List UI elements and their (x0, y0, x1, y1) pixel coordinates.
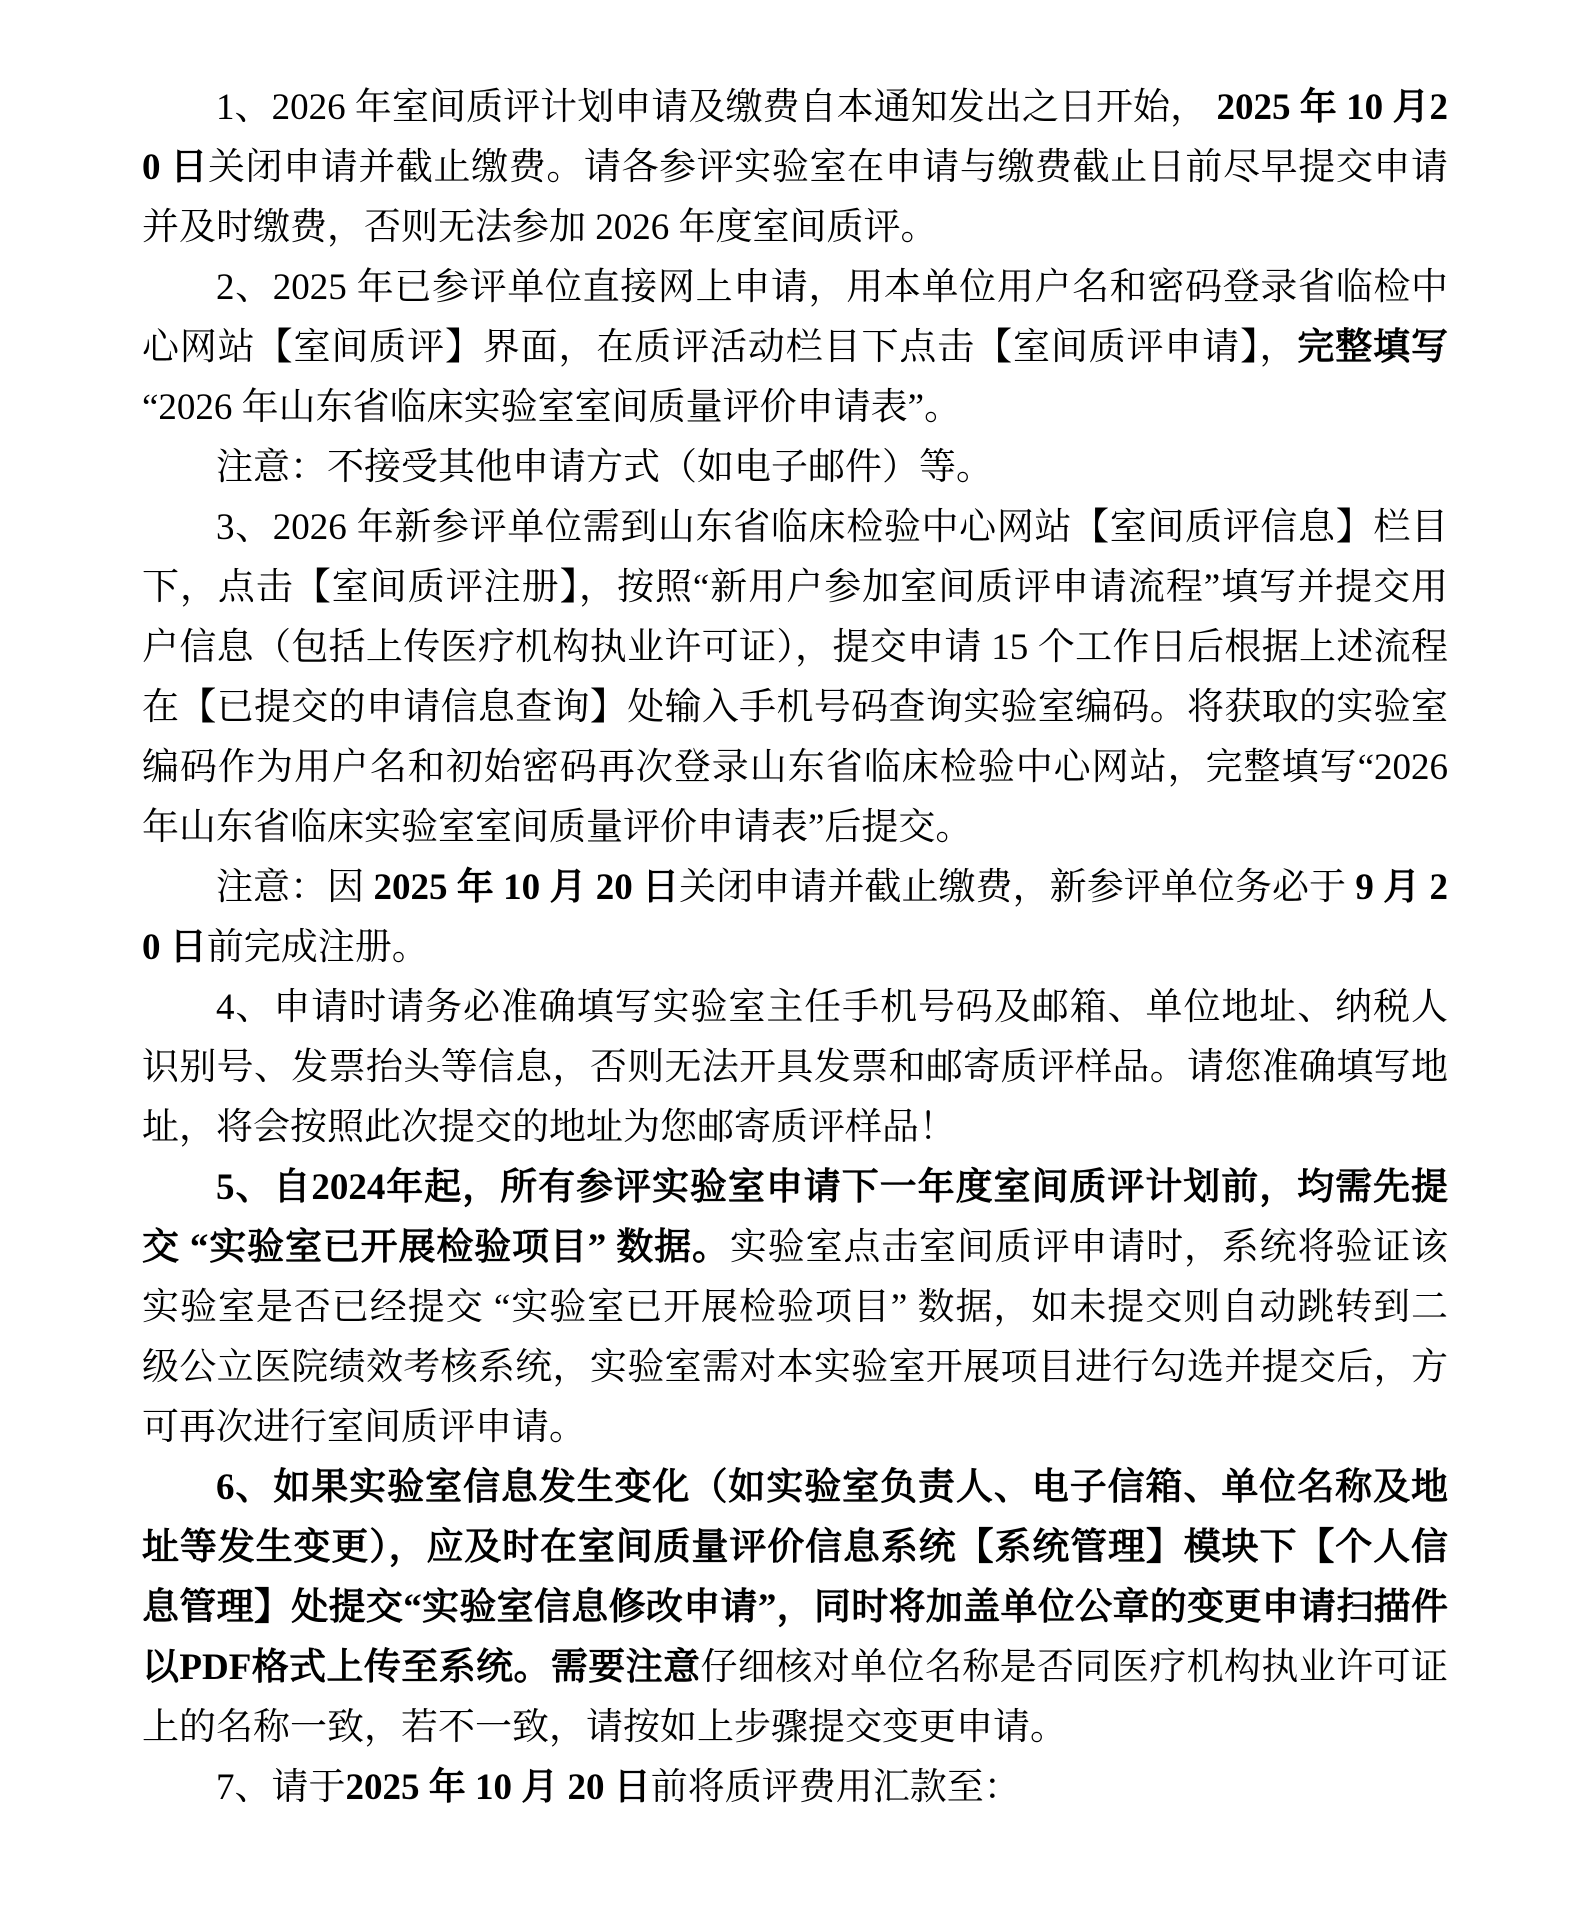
text-run: “2026 年山东省临床实验室室间质量评价申请表”。 (142, 387, 961, 428)
text-run-bold: 2025 年 10 月 20 日 (374, 867, 680, 908)
paragraph-item-2: 2、2025 年已参评单位直接网上申请，用本单位用户名和密码登录省临检中心网站【… (142, 258, 1448, 438)
document-page: 1、2026 年室间质评计划申请及缴费自本通知发出之日开始， 2025 年 10… (0, 0, 1588, 1924)
text-run: 关闭申请并截止缴费，新参评单位务必于 (679, 867, 1355, 908)
paragraph-note-1: 注意：不接受其他申请方式（如电子邮件）等。 (142, 438, 1448, 498)
text-run: 注意：不接受其他申请方式（如电子邮件）等。 (216, 447, 993, 488)
text-run-bold: 完整填写 (1297, 327, 1448, 368)
paragraph-item-1: 1、2026 年室间质评计划申请及缴费自本通知发出之日开始， 2025 年 10… (142, 78, 1448, 258)
document-body: 1、2026 年室间质评计划申请及缴费自本通知发出之日开始， 2025 年 10… (142, 78, 1448, 1818)
text-run: 注意：因 (216, 867, 374, 908)
text-run: 4、申请时请务必准确填写实验室主任手机号码及邮箱、单位地址、纳税人识别号、发票抬… (142, 987, 1448, 1148)
text-run: 7、请于 (216, 1767, 346, 1808)
text-run: 前将质评费用汇款至： (651, 1767, 1021, 1808)
paragraph-item-5: 5、自2024年起，所有参评实验室申请下一年度室间质评计划前，均需先提交 “实验… (142, 1158, 1448, 1458)
paragraph-item-4: 4、申请时请务必准确填写实验室主任手机号码及邮箱、单位地址、纳税人识别号、发票抬… (142, 978, 1448, 1158)
text-run: 2、2025 年已参评单位直接网上申请，用本单位用户名和密码登录省临检中心网站【… (142, 267, 1448, 368)
paragraph-item-6: 6、如果实验室信息发生变化（如实验室负责人、电子信箱、单位名称及地址等发生变更）… (142, 1458, 1448, 1758)
paragraph-note-2: 注意：因 2025 年 10 月 20 日关闭申请并截止缴费，新参评单位务必于 … (142, 858, 1448, 978)
text-run: 1、2026 年室间质评计划申请及缴费自本通知发出之日开始， (216, 87, 1216, 128)
text-run-bold: 2025 年 10 月 20 日 (346, 1767, 651, 1808)
text-run: 关闭申请并截止缴费。请各参评实验室在申请与缴费截止日前尽早提交申请并及时缴费，否… (142, 147, 1448, 248)
paragraph-item-7: 7、请于2025 年 10 月 20 日前将质评费用汇款至： (142, 1758, 1448, 1818)
text-run: 前完成注册。 (207, 927, 429, 968)
text-run: 3、2026 年新参评单位需到山东省临床检验中心网站【室间质评信息】栏目下，点击… (142, 507, 1448, 848)
paragraph-item-3: 3、2026 年新参评单位需到山东省临床检验中心网站【室间质评信息】栏目下，点击… (142, 498, 1448, 858)
